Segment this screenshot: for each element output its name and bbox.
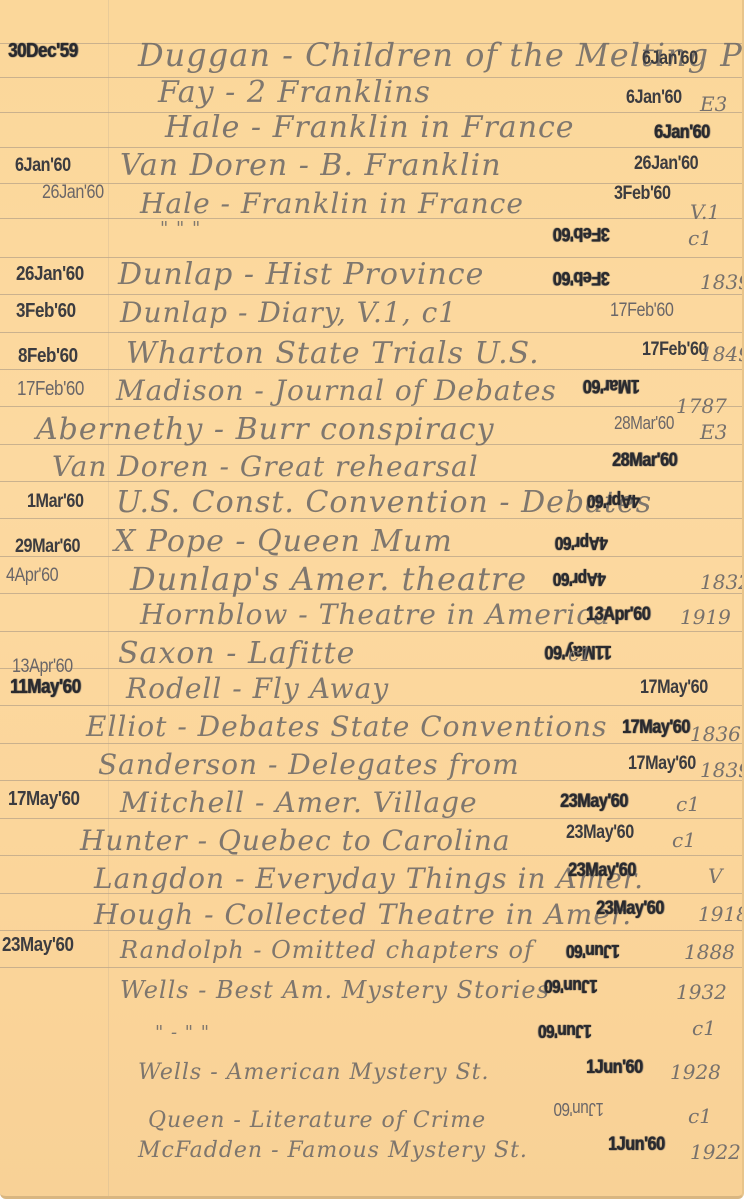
pencil-note: c1 bbox=[688, 226, 712, 250]
ruled-line bbox=[0, 743, 742, 744]
pencil-note: E3 bbox=[700, 92, 727, 116]
ditto-entry: " - " " bbox=[155, 1022, 210, 1043]
right-date-stamp: 4Apr'60 bbox=[587, 490, 640, 511]
pencil-note: 1932 bbox=[676, 980, 727, 1004]
pencil-note: c1 bbox=[672, 828, 696, 852]
right-date-stamp: 28Mar'60 bbox=[612, 450, 677, 472]
left-date-stamp: 13Apr'60 bbox=[12, 656, 73, 678]
left-date-stamp: 3Feb'60 bbox=[16, 300, 76, 323]
right-date-stamp: 26Jan'60 bbox=[634, 153, 698, 175]
pencil-note: c1 bbox=[568, 642, 592, 666]
right-date-stamp: 17May'60 bbox=[640, 677, 708, 699]
pencil-note: E3 bbox=[700, 420, 727, 444]
book-title-entry: Langdon - Everyday Things in Amer. bbox=[94, 862, 644, 895]
right-date-stamp: 1Jun'60 bbox=[567, 940, 620, 961]
pencil-note: 1919 bbox=[680, 605, 731, 629]
left-date-stamp: 30Dec'59 bbox=[8, 40, 78, 63]
pencil-note: 1888 bbox=[684, 940, 735, 964]
pencil-note: 1922 bbox=[690, 1140, 741, 1164]
right-date-stamp: 17Feb'60 bbox=[642, 339, 707, 361]
book-title-entry: Wells - American Mystery St. bbox=[138, 1060, 490, 1085]
right-date-stamp: 17May'60 bbox=[628, 753, 696, 775]
book-title-entry: Saxon - Lafitte bbox=[118, 636, 355, 671]
book-title-entry: Dunlap's Amer. theatre bbox=[130, 560, 527, 598]
book-title-entry: Dunlap - Diary, V.1, c1 bbox=[120, 296, 457, 329]
right-date-stamp: 13Apr'60 bbox=[586, 604, 650, 626]
right-date-stamp: 3Feb'60 bbox=[614, 183, 671, 205]
pencil-note: 1928 bbox=[670, 1060, 721, 1084]
right-date-stamp: 3Feb'60 bbox=[553, 222, 610, 244]
ruled-line bbox=[0, 668, 742, 669]
book-title-entry: Sanderson - Delegates from bbox=[98, 748, 520, 781]
left-date-stamp: 17Feb'60 bbox=[17, 378, 84, 401]
right-date-stamp: 4Apr'60 bbox=[553, 568, 606, 589]
ruled-line bbox=[0, 705, 742, 706]
right-date-stamp: 1Jun'60 bbox=[586, 1057, 643, 1079]
book-title-entry: Madison - Journal of Debates bbox=[116, 374, 557, 407]
pencil-note: c1 bbox=[676, 792, 700, 816]
ruled-line bbox=[0, 294, 742, 295]
book-title-entry: Rodell - Fly Away bbox=[126, 672, 389, 705]
right-date-stamp: 1Jun'60 bbox=[608, 1134, 665, 1156]
book-title-entry: McFadden - Famous Mystery St. bbox=[138, 1138, 528, 1163]
book-title-entry: X Pope - Queen Mum bbox=[114, 524, 453, 559]
right-date-stamp: 23May'60 bbox=[596, 898, 664, 920]
circulation-card: 30Dec'59 6Jan'60 26Jan'60 26Jan'60 3Feb'… bbox=[0, 0, 744, 1199]
book-title-entry: Abernethy - Burr conspiracy bbox=[36, 412, 495, 447]
right-date-stamp: 6Jan'60 bbox=[642, 48, 698, 70]
pencil-note: 1918 bbox=[698, 902, 744, 926]
book-title-entry: Queen - Literature of Crime bbox=[148, 1108, 486, 1133]
left-date-stamp: 6Jan'60 bbox=[15, 155, 71, 177]
pencil-note: 1832 bbox=[700, 570, 744, 594]
book-title-entry: Mitchell - Amer. Village bbox=[120, 786, 478, 819]
right-date-stamp: 1Jun'60 bbox=[545, 975, 598, 996]
pencil-note: 1839 bbox=[700, 270, 744, 294]
left-date-stamp: 26Jan'60 bbox=[42, 182, 104, 204]
pencil-note: c1 bbox=[688, 1104, 712, 1128]
pencil-note: V bbox=[708, 864, 722, 888]
book-title-entry: Van Doren - Great rehearsal bbox=[52, 450, 479, 483]
book-title-entry: Elliot - Debates State Conventions bbox=[86, 710, 607, 743]
right-date-stamp: 23May'60 bbox=[566, 822, 634, 844]
book-title-entry: Wharton State Trials U.S. bbox=[126, 336, 540, 371]
left-date-stamp: 26Jan'60 bbox=[16, 263, 84, 286]
book-title-entry: Hale - Franklin in France bbox=[165, 110, 575, 145]
right-date-stamp: 17May'60 bbox=[622, 717, 690, 739]
ditto-entry: " " " bbox=[160, 218, 201, 239]
pencil-note: 1849 bbox=[700, 342, 744, 366]
right-date-stamp: 1Jun'60 bbox=[539, 1020, 592, 1041]
left-date-stamp: 17May'60 bbox=[8, 788, 80, 811]
ruled-line bbox=[0, 332, 742, 333]
left-date-stamp: 1Mar'60 bbox=[27, 491, 84, 513]
left-date-stamp: 8Feb'60 bbox=[18, 345, 78, 368]
book-title-entry: Wells - Best Am. Mystery Stories bbox=[120, 976, 550, 1004]
left-date-stamp: 4Apr'60 bbox=[6, 565, 58, 587]
margin-line bbox=[108, 0, 109, 1196]
pencil-note: V.1 bbox=[690, 200, 720, 224]
book-title-entry: Fay - 2 Franklins bbox=[158, 75, 431, 110]
book-title-entry: Hornblow - Theatre in America bbox=[140, 598, 611, 631]
book-title-entry: Hale - Franklin in France bbox=[140, 187, 524, 220]
pencil-note: 1787 bbox=[676, 394, 727, 418]
book-title-entry: Van Doren - B. Franklin bbox=[120, 148, 502, 183]
book-title-entry: U.S. Const. Convention - Debates bbox=[116, 485, 652, 520]
right-date-stamp: 23May'60 bbox=[560, 791, 628, 813]
pencil-note: 1836 bbox=[690, 722, 741, 746]
right-date-stamp: 6Jan'60 bbox=[654, 122, 710, 144]
right-date-stamp: 28Mar'60 bbox=[614, 413, 674, 434]
pencil-note: 1839 bbox=[700, 758, 744, 782]
right-date-stamp: 17Feb'60 bbox=[610, 300, 673, 322]
right-date-stamp: 6Jan'60 bbox=[626, 87, 682, 109]
ruled-line bbox=[0, 631, 742, 632]
book-title-entry: Hunter - Quebec to Carolina bbox=[80, 824, 511, 857]
left-date-stamp: 11May'60 bbox=[10, 676, 81, 699]
right-date-stamp: 23May'60 bbox=[568, 860, 636, 882]
right-date-stamp: 1Jun'60 bbox=[554, 1098, 604, 1119]
left-date-stamp: 29Mar'60 bbox=[15, 536, 80, 558]
book-title-entry: Hough - Collected Theatre in Amer. bbox=[94, 898, 632, 931]
book-title-entry: Dunlap - Hist Province bbox=[118, 257, 484, 292]
ruled-line bbox=[0, 967, 742, 968]
right-date-stamp: 3Feb'60 bbox=[553, 266, 610, 288]
right-date-stamp: 1Mar'60 bbox=[583, 374, 640, 396]
book-title-entry: Randolph - Omitted chapters of bbox=[120, 936, 534, 964]
left-date-stamp: 23May'60 bbox=[2, 934, 74, 957]
pencil-note: c1 bbox=[692, 1016, 716, 1040]
right-date-stamp: 4Apr'60 bbox=[555, 532, 608, 553]
